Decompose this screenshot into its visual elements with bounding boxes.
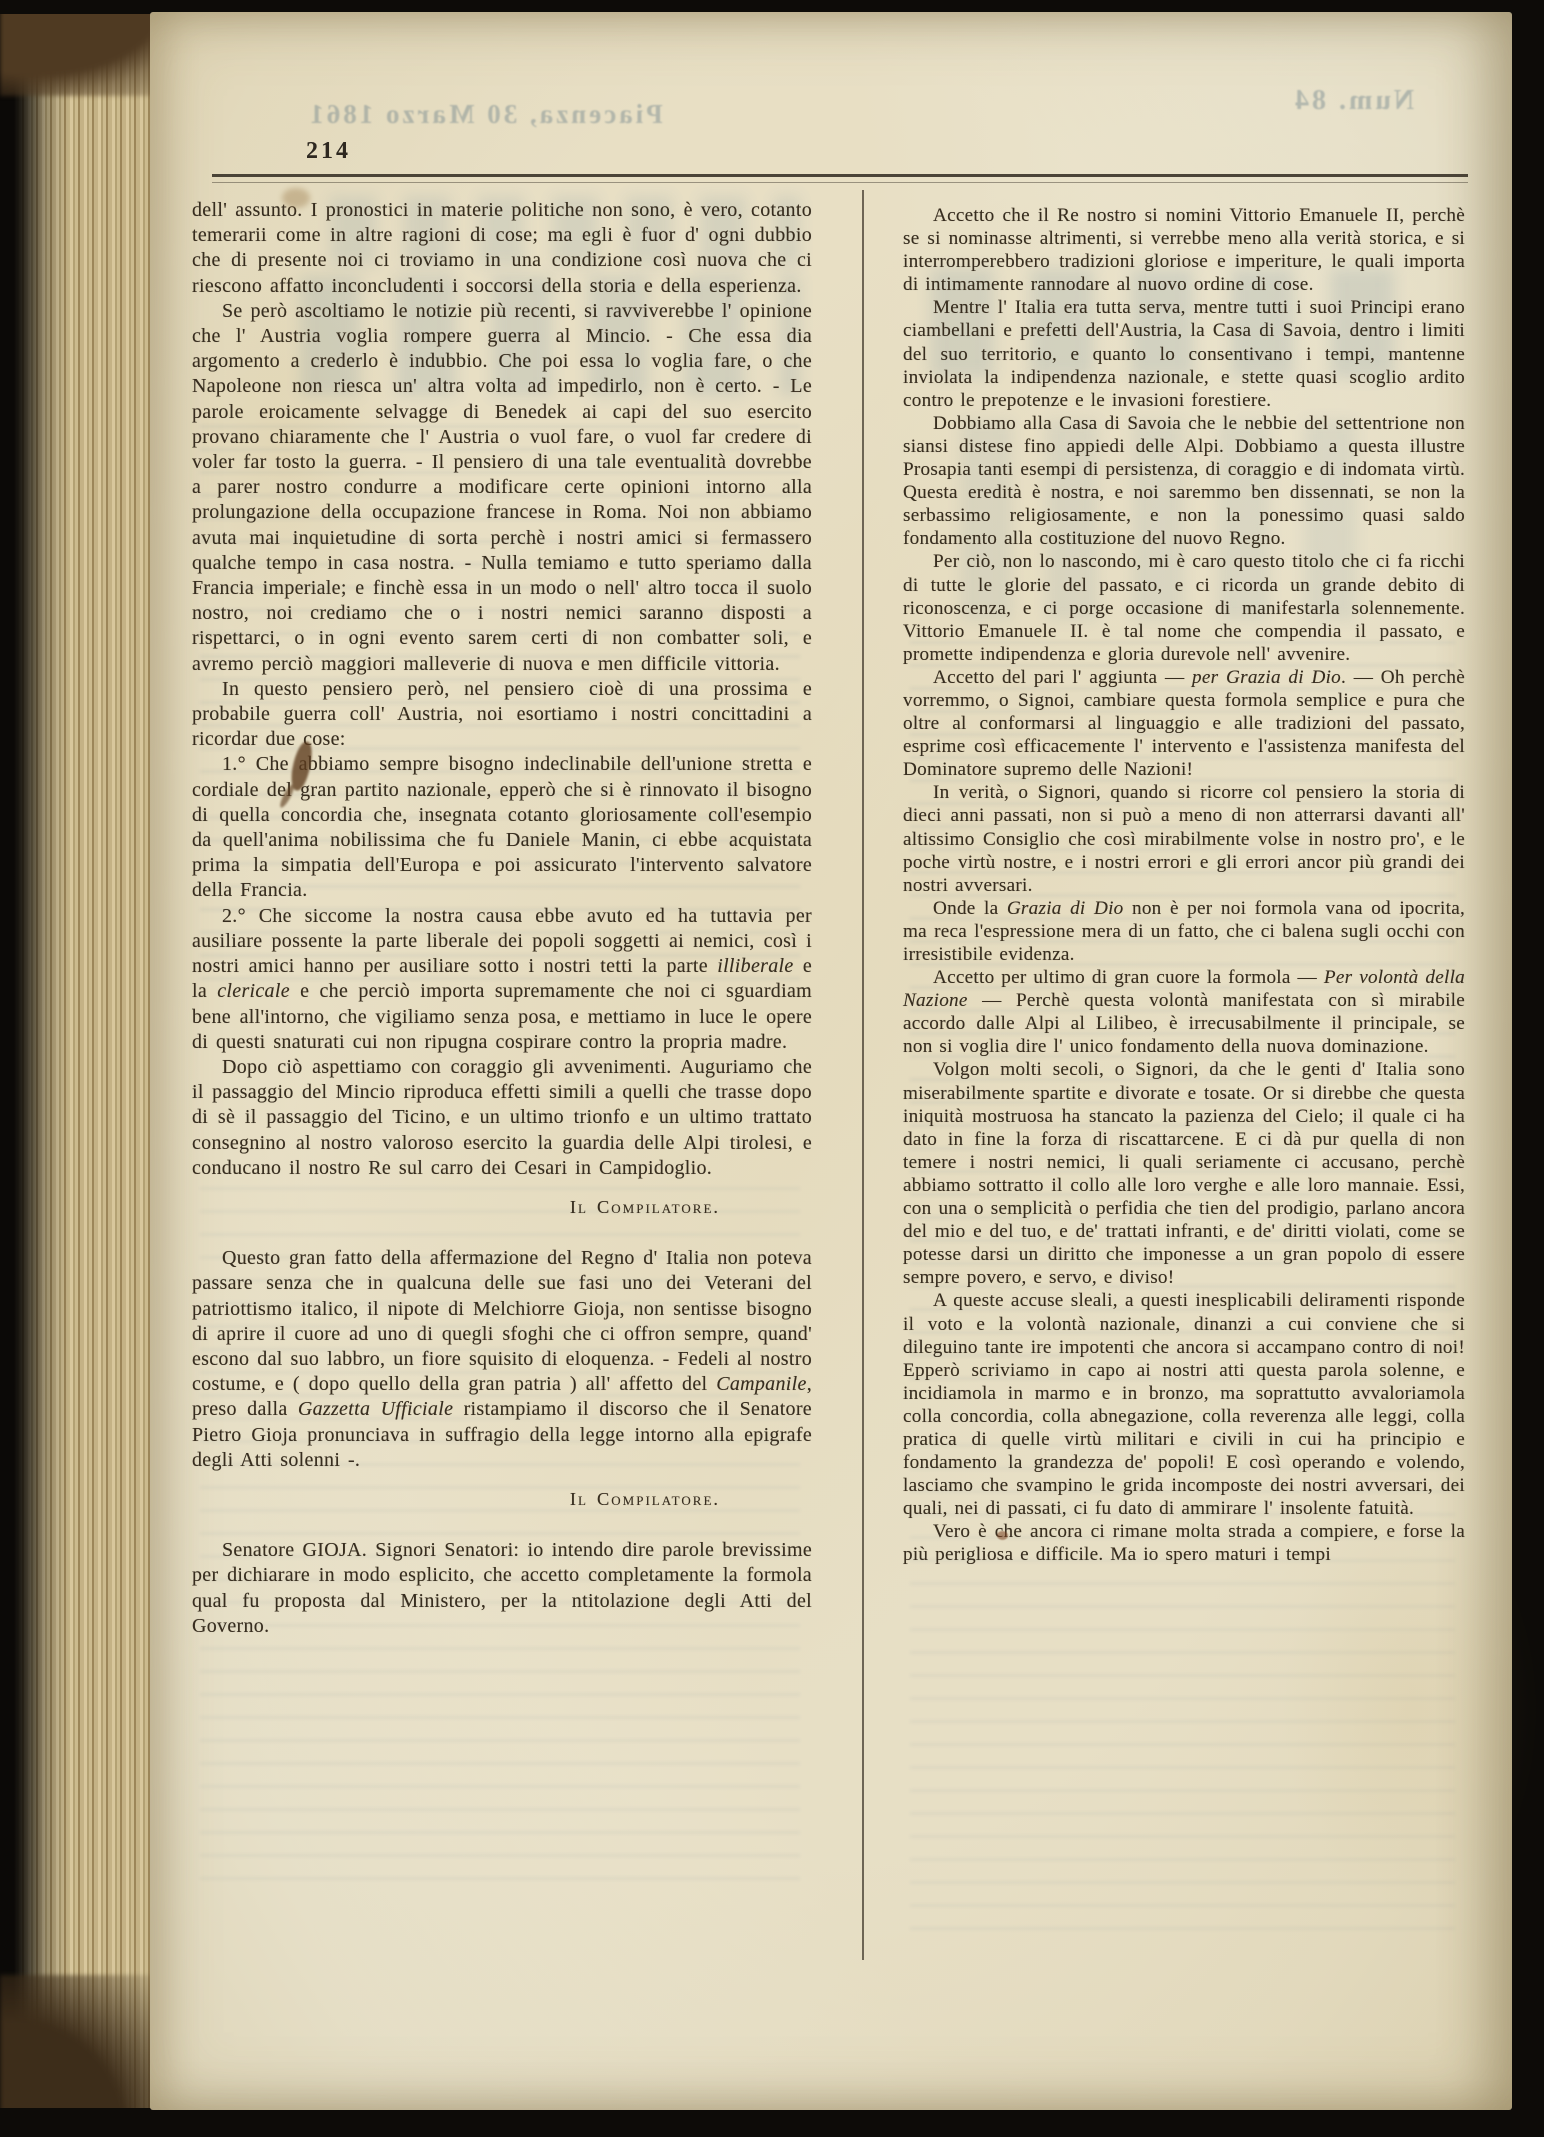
body-paragraph: Accetto del pari l' aggiunta — per Grazi… xyxy=(903,666,1465,781)
scanned-newspaper-photo: { "document": { "kind": "scanned 19th-ce… xyxy=(0,0,1544,2137)
body-paragraph: A queste accuse sleali, a questi inespli… xyxy=(903,1289,1465,1520)
signature-line: Il Compilatore. xyxy=(192,1195,812,1220)
column-divider-rule xyxy=(862,190,864,1960)
body-paragraph: Mentre l' Italia era tutta serva, mentre… xyxy=(903,296,1465,411)
body-paragraph: Accetto che il Re nostro si nomini Vitto… xyxy=(903,204,1465,296)
body-paragraph: Volgon molti secoli, o Signori, da che l… xyxy=(903,1058,1465,1289)
body-paragraph: Per ciò, non lo nascondo, mi è caro ques… xyxy=(903,550,1465,665)
body-paragraph: 2.° Che siccome la nostra causa ebbe avu… xyxy=(192,904,812,1055)
body-paragraph: dell' assunto. I pronostici in materie p… xyxy=(192,198,812,299)
bleed-through-date-mirrored: Piacenza, 30 Marzo 1861 xyxy=(250,99,720,130)
header-rule-thin xyxy=(212,182,1468,183)
body-paragraph: Onde la Grazia di Dio non è per noi form… xyxy=(903,897,1465,966)
body-paragraph: Vero è che ancora ci rimane molta strada… xyxy=(903,1520,1465,1566)
body-paragraph: In questo pensiero però, nel pensiero ci… xyxy=(192,677,812,753)
signature-line: Il Compilatore. xyxy=(192,1487,812,1512)
page-number: 214 xyxy=(306,138,351,165)
body-paragraph: Dobbiamo alla Casa di Savoia che le nebb… xyxy=(903,412,1465,551)
body-paragraph: Senatore GIOJA. Signori Senatori: io int… xyxy=(192,1538,812,1639)
body-paragraph: Se però ascoltiamo le notizie più recent… xyxy=(192,299,812,677)
body-paragraph: 1.° Che abbiamo sempre bisogno indeclina… xyxy=(192,752,812,903)
bleed-through-issue-number-mirrored: Num. 84 xyxy=(1292,85,1414,117)
body-paragraph: Accetto per ultimo di gran cuore la form… xyxy=(903,966,1465,1058)
body-paragraph: In verità, o Signori, quando si ricorre … xyxy=(903,781,1465,896)
header-rule xyxy=(212,174,1468,177)
ink-dot-stain xyxy=(997,1531,1008,1540)
body-paragraph: Dopo ciò aspettiamo con coraggio gli avv… xyxy=(192,1055,812,1181)
body-paragraph: Questo gran fatto della affermazione del… xyxy=(192,1246,812,1473)
left-column: dell' assunto. I pronostici in materie p… xyxy=(192,198,812,1639)
scan-background-bottom xyxy=(0,2108,1544,2137)
right-column: Accetto che il Re nostro si nomini Vitto… xyxy=(903,204,1465,1567)
smudge-stain xyxy=(282,188,310,208)
